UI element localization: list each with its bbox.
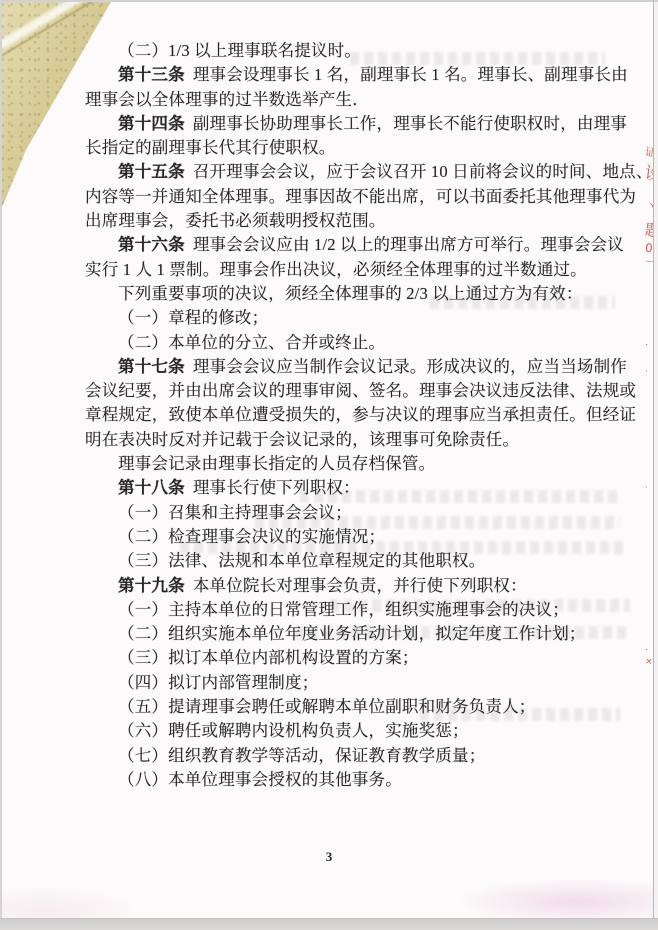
text-line: （七）组织教育教学等活动，保证教育教学质量； [85,744,637,768]
scan-edge-left [0,0,2,930]
article-number: 第十四条 [118,114,185,133]
text-line: 内容等一并通知全体理事。理事因故不能出席，可以书面委托其他理事代为 [85,185,637,209]
text-line: （三）拟订本单位内部机构设置的方案； [85,646,637,670]
text-line: 第十九条本单位院长对理事会负责，并行使下列职权： [85,574,637,598]
page-number: 3 [0,849,658,865]
text-line: 第十七条理事会会议应当制作会议记录。形成决议的，应当当场制作 [85,355,637,379]
scan-edge-right-line [653,0,654,930]
scan-edge-bottom [0,918,658,930]
red-ink-mark: · [644,645,648,656]
text-line: （八）本单位理事会授权的其他事务。 [85,768,637,792]
article-number: 第十六条 [118,235,185,254]
pink-scan-tint [455,878,658,918]
red-ink-mark: · [644,340,648,351]
article-number: 第十三条 [118,65,185,84]
text-line: 理事会以全体理事的过半数选举产生． [85,88,637,112]
text-line: （二）1/3 以上理事联名提议时。 [85,39,637,63]
red-ink-mark: × [644,657,653,668]
red-ink-mark: · [644,367,648,377]
document-lines: （二）1/3 以上理事联名提议时。第十三条理事会设理事长 1 名，副理事长 1 … [85,39,637,792]
text-line: 明在表决时反对并记载于会议记录的，该理事可免除责任。 [85,428,637,452]
red-ink-mark: · [644,483,648,493]
text-line: 第十五条召开理事会会议，应于会议召开 10 日前将会议的时间、地点、 [85,160,637,184]
text-line: 理事会记录由理事长指定的人员存档保管。 [85,452,637,476]
text-line: 第十八条理事长行使下列职权： [85,476,637,500]
scan-edge-top [0,0,658,2]
text-line: （二）本单位的分立、合并或终止。 [85,331,637,355]
text-line: 下列重要事项的决议，须经全体理事的 2/3 以上通过方为有效： [85,282,637,306]
text-line: （四）拟订内部管理制度； [85,671,637,695]
text-line: 会议纪要，并由出席会议的理事审阅、签名。理事会决议违反法律、法规或 [85,379,637,403]
text-line: 长指定的副理事长代其行使职权。 [85,136,637,160]
article-number: 第十九条 [118,576,185,595]
scanned-document-page: （二）1/3 以上理事联名提议时。第十三条理事会设理事长 1 名，副理事长 1 … [0,0,658,930]
article-number: 第十五条 [118,162,185,181]
text-line: 第十四条副理事长协助理事长工作，理事长不能行使职权时，由理事 [85,112,637,136]
text-line: （一）召集和主持理事会会议； [85,501,637,525]
text-line: 第十六条理事会会议应由 1/2 以上的理事出席方可举行。理事会会议 [85,233,637,257]
article-number: 第十八条 [118,478,185,497]
text-line: （二）组织实施本单位年度业务活动计划，拟定年度工作计划； [85,622,637,646]
text-line: （三）法律、法规和本单位章程规定的其他职权。 [85,549,637,573]
text-line: 第十三条理事会设理事长 1 名，副理事长 1 名。理事长、副理事长由 [85,63,637,87]
text-line: （一）章程的修改； [85,306,637,330]
text-line: 出席理事会，委托书必须载明授权范围。 [85,209,637,233]
text-line: （六）聘任或解聘内设机构负责人，实施奖惩； [85,719,637,743]
text-line: 实行 1 人 1 票制。理事会作出决议，必须经全体理事的过半数通过。 [85,258,637,282]
text-line: （一）主持本单位的日常管理工作，组织实施理事会的决议； [85,598,637,622]
text-line: （五）提请理事会聘任或解聘本单位副职和财务负责人； [85,695,637,719]
scan-edge-right [654,0,658,930]
text-line: （二）检查理事会决议的实施情况； [85,525,637,549]
red-ink-mark: 0 [644,241,653,256]
text-line: 章程规定，致使本单位遭受损失的，参与决议的理事应当承担责任。但经证 [85,403,637,427]
article-number: 第十七条 [118,357,185,376]
